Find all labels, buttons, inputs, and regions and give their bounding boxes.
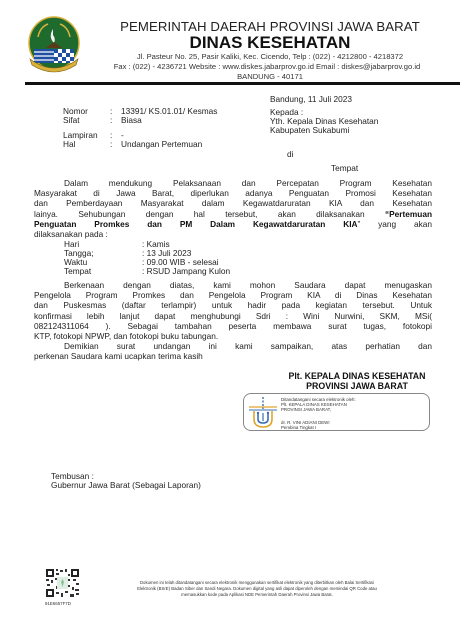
esign-disclaimer: Dokumen ini telah ditandatangani secara …	[92, 580, 422, 598]
detail-label-place: Tempat	[64, 267, 91, 276]
body-paragraph-1: Dalam mendukung Pelaksanaan dan Percepat…	[34, 178, 432, 239]
letterhead-contact: Fax : (022) - 4236721 Website : www.disk…	[0, 62, 474, 71]
recipient-di: di	[287, 150, 293, 159]
p2-line: Pengelola Program Promkes dan Pengelola …	[34, 290, 432, 300]
signatory-rank: Pembina Tingkat I	[281, 425, 316, 430]
event-title-start: “Pertemuan	[385, 209, 432, 219]
cc-item: Gubernur Jawa Barat (Sebagai Laporan)	[51, 481, 201, 490]
letterhead-address: Jl. Pasteur No. 25, Pasir Kaliki, Kec. C…	[0, 52, 474, 61]
p3-line: Demikian surat undangan ini kami sampaik…	[64, 341, 432, 351]
recipient-tempat: Tempat	[331, 164, 358, 173]
p1-line: Dalam mendukung Pelaksanaan dan Percepat…	[64, 178, 432, 188]
detail-value-place: : RSUD Jampang Kulon	[142, 267, 230, 276]
body-paragraph-3: Demikian surat undangan ini kami sampaik…	[34, 341, 432, 361]
disclaimer-line: memasukkan kode pada Aplikasi NDE Pemeri…	[92, 592, 422, 598]
recipient-line2: Kabupaten Sukabumi	[270, 126, 349, 135]
meta-value-sifat: Biasa	[121, 116, 142, 125]
body-paragraph-2: Berkenaan dengan diatas, kami mohon Saud…	[34, 280, 432, 341]
p2-line: Berkenaan dengan diatas, kami mohon Saud…	[64, 280, 432, 290]
letterhead-city: BANDUNG - 40171	[0, 72, 474, 81]
letter-date: Bandung, 11 Juli 2023	[270, 95, 352, 104]
qr-code-icon	[46, 569, 79, 597]
p1-line: dan Pemberdayaan Masyarakat dalam Kegawa…	[34, 198, 432, 208]
letterhead-divider	[25, 82, 460, 85]
meta-value-hal: Undangan Pertemuan	[121, 140, 202, 149]
p1-line: Masyarakat di Jawa Barat, diperlukan ada…	[34, 188, 432, 198]
p3-line: perkenan Saudara kami ucapkan terima kas…	[34, 351, 432, 361]
p2-line: konfirmasi lebih lanjut dapat menghubung…	[34, 311, 432, 321]
signatory-title-1: Plt. KEPALA DINAS KESEHATAN	[240, 371, 474, 381]
meta-colon: :	[110, 140, 112, 149]
bsre-esign-icon	[245, 395, 281, 431]
letterhead-government: PEMERINTAH DAERAH PROVINSI JAWA BARAT	[0, 19, 474, 34]
p1-line: dilaksanakan pada :	[34, 229, 432, 239]
event-title: Penguatan Promkes dan PM Dalam Kegawatda…	[34, 219, 358, 229]
meta-colon: :	[110, 116, 112, 125]
p2-line: KTP, fotokopi NPWP, dan fotokopi buku ta…	[34, 331, 432, 341]
qr-code-id: 91E6657F7D	[45, 601, 71, 606]
esign-province: PROVINSI JAWA BARAT,	[281, 407, 331, 412]
p1-line: lainya. Sehubungan dengan hal tersebut, …	[34, 209, 365, 219]
meta-label-sifat: Sifat	[63, 116, 80, 125]
p2-line: dan Puskesmas (daftar terlampir) untuk h…	[34, 300, 432, 310]
signatory-title-2: PROVINSI JAWA BARAT	[240, 381, 474, 391]
meta-label-hal: Hal	[63, 140, 75, 149]
letterhead-agency: DINAS KESEHATAN	[0, 33, 474, 53]
p2-line: 082124311064 ). Sebagai tambahan peserta…	[34, 321, 432, 331]
p1-line: ” yang akan	[358, 219, 433, 229]
